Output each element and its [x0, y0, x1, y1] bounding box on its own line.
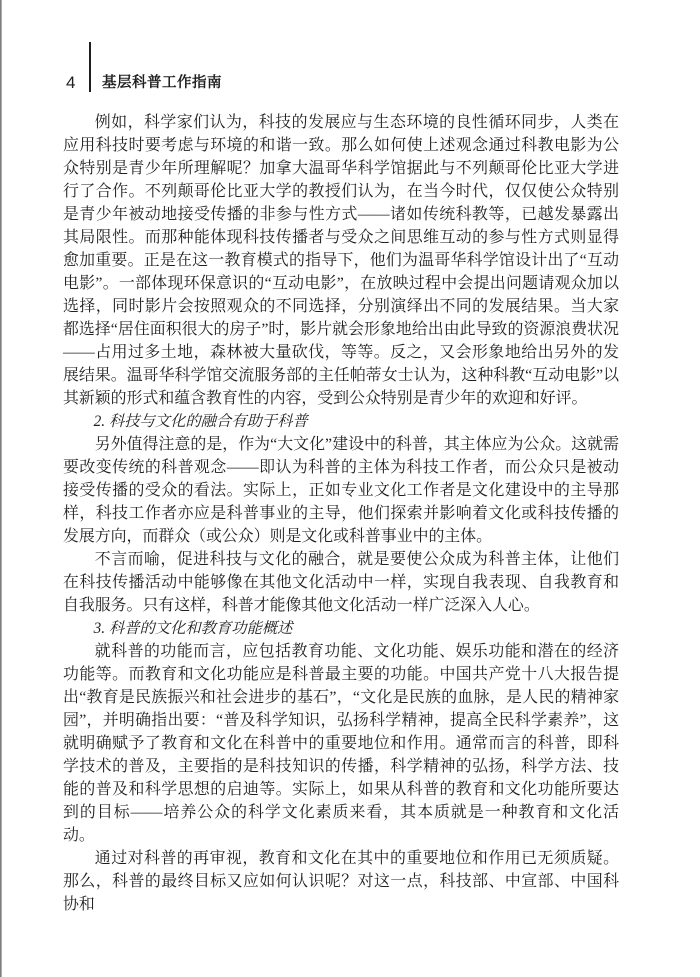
- scan-edge-artifact: [0, 0, 2, 977]
- page-number: 4: [66, 73, 75, 92]
- header-divider: [89, 42, 91, 92]
- paragraph-functions-of-science-popularization: 就科普的功能而言，应包括教育功能、文化功能、娱乐功能和潜在的经济功能等。而教育和…: [63, 640, 619, 847]
- section-heading-culture-education-functions: 3. 科普的文化和教育功能概述: [63, 617, 619, 640]
- running-title: 基层科普工作指南: [102, 74, 222, 92]
- paragraph-final-goal-question: 通过对科普的再审视，教育和文化在其中的重要地位和作用已无须质疑。那么，科普的最终…: [63, 847, 619, 916]
- paragraph-self-expression: 不言而喻，促进科技与文化的融合，就是要使公众成为科普主体，让他们在科技传播活动中…: [63, 548, 619, 617]
- paragraph-interactive-film-example: 例如，科学家们认为，科技的发展应与生态环境的良性循环同步，人类在应用科技时要考虑…: [63, 111, 619, 410]
- section-heading-tech-culture-fusion: 2. 科技与文化的融合有助于科普: [63, 410, 619, 433]
- text-column: 例如，科学家们认为，科技的发展应与生态环境的良性循环同步，人类在应用科技时要考虑…: [63, 111, 619, 916]
- page-header: 4 基层科普工作指南: [0, 0, 700, 100]
- book-page: 4 基层科普工作指南 例如，科学家们认为，科技的发展应与生态环境的良性循环同步，…: [0, 0, 700, 977]
- paragraph-public-as-subject: 另外值得注意的是，作为“大文化”建设中的科普，其主体应为公众。这就需要改变传统的…: [63, 433, 619, 548]
